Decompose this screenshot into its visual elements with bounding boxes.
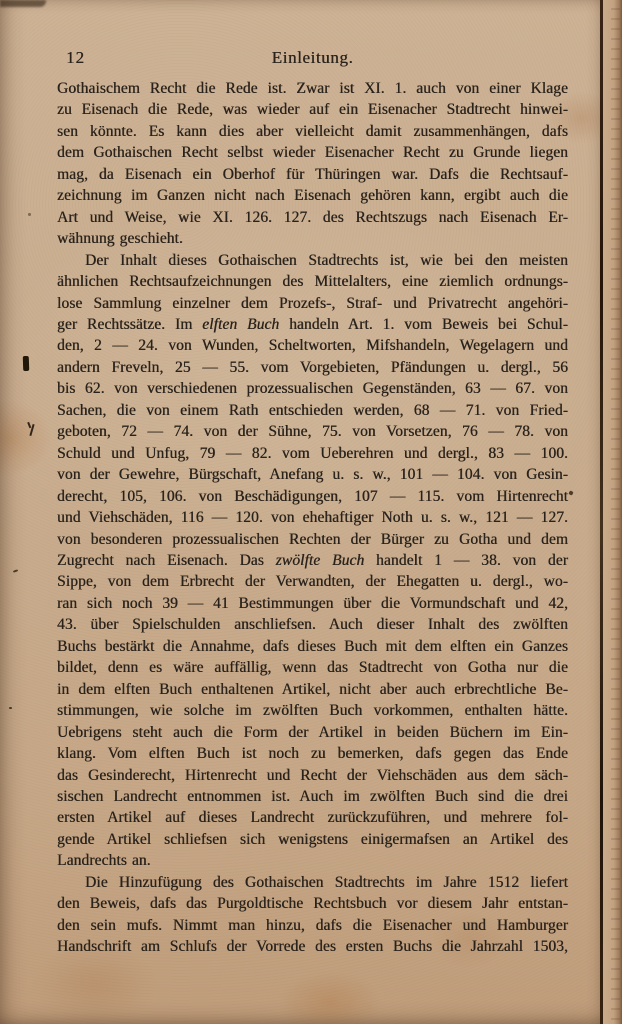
text-segment: Sachen, die von einem Rath entschieden w… [57,402,568,419]
page-header: 12 Einleitung. [57,47,568,71]
text-line: den sein mufs. Nimmt man hinzu, dafs die… [57,915,568,936]
text-line: bildet, denn es wäre auffällig, wenn das… [57,657,568,678]
text-line: zeichnung im Ganzen nicht nach Eisenach … [57,185,568,206]
text-line: lose Sammlung einzelner dem Prozefs-, St… [57,293,568,314]
text-segment: von der Gewehre, Bürgschaft, Anefang u. … [57,466,568,483]
text-segment: Art und Weise, wie XI. 126. 127. des Rec… [57,209,568,226]
text-line: 43. über Spielschulden anschliefsen. Auc… [57,614,568,635]
text-segment: derecht, 105, 106. von Beschädigungen, 1… [57,488,568,505]
text-segment: bis 62. von verschiedenen prozessualisch… [57,380,568,397]
text-segment: zeichnung im Ganzen nicht nach Eisenach … [57,187,568,204]
text-line: Schuld und Unfug, 79 — 82. vom Ueberehre… [57,443,568,464]
text-line: den, 2 — 24. von Wunden, Scheltworten, M… [57,335,568,356]
text-segment: sen könnte. Es kann dies aber vielleicht… [57,123,568,140]
book-edge-strip [603,0,622,1024]
paragraph: Die Hinzufügung des Gothaischen Stadtrec… [57,872,568,958]
text-segment: Zugrecht nach Eisenach. Das [57,552,276,569]
text-segment: in dem elften Buch enthaltenen Artikel, … [57,681,568,698]
running-title: Einleitung. [57,47,568,69]
text-segment: Gothaischem Recht die Rede ist. Zwar ist… [57,80,568,97]
text-line: in dem elften Buch enthaltenen Artikel, … [57,679,568,700]
text-segment: den Beweis, dafs das Purgoldtische Recht… [57,895,568,912]
text-segment: ersten Artikel auf dieses Landrecht zurü… [57,809,568,826]
text-segment: den sein mufs. Nimmt man hinzu, dafs die… [57,917,568,934]
text-segment: lose Sammlung einzelner dem Prozefs-, St… [57,295,568,312]
text-segment: andern Freveln, 25 — 55. vom Vorgebieten… [57,359,568,376]
paper-sheet: 12 Einleitung. Gothaischem Recht die Red… [0,0,604,1024]
text-line: ersten Artikel auf dieses Landrecht zurü… [57,807,568,828]
text-line: stimmungen, wie solche im zwölften Buch … [57,700,568,721]
text-line: andern Freveln, 25 — 55. vom Vorgebieten… [57,357,568,378]
ink-mark [23,356,30,371]
text-segment: bildet, denn es wäre auffällig, wenn das… [57,659,568,676]
text-segment: stimmungen, wie solche im zwölften Buch … [57,702,568,719]
text-line: von der Gewehre, Bürgschaft, Anefang u. … [57,464,568,485]
text-line: Uebrigens steht auch die Form der Artike… [57,722,568,743]
ink-speck [9,707,12,709]
text-line: sen könnte. Es kann dies aber vielleicht… [57,121,568,142]
italic-text: zwölfte Buch [276,552,365,569]
text-line: Die Hinzufügung des Gothaischen Stadtrec… [57,872,568,893]
text-line: derecht, 105, 106. von Beschädigungen, 1… [57,486,568,507]
text-line: und Viehschäden, 116 — 120. von ehehafti… [57,507,568,528]
text-segment: dem Gothaischen Recht selbst wieder Eise… [57,144,568,161]
text-line: dem Gothaischen Recht selbst wieder Eise… [57,142,568,163]
text-line: Sippe, von dem Erbrecht der Verwandten, … [57,571,568,592]
paragraph: Der Inhalt dieses Gothaischen Stadtrecht… [57,250,568,872]
text-line: Gothaischem Recht die Rede ist. Zwar ist… [57,78,568,99]
text-segment: von besonderen prozessualischen Rechten … [57,531,568,548]
ink-speck [28,213,31,216]
ink-mark [29,424,34,436]
text-line: geboten, 72 — 74. von der Sühne, 75. von… [57,421,568,442]
text-line: bis 62. von verschiedenen prozessualisch… [57,378,568,399]
text-segment: gende Artikel schliefsen sich wenigstens… [57,831,568,848]
text-line: gende Artikel schliefsen sich wenigstens… [57,829,568,850]
text-line: den Beweis, dafs das Purgoldtische Recht… [57,893,568,914]
text-line: wähnung geschieht. [57,228,568,249]
text-line: sischen Landrecht entnommen ist. Auch im… [57,786,568,807]
text-segment: zu Eisenach die Rede, was wieder auf ein… [57,101,568,118]
text-line: mag, da Eisenach ein Oberhof für Thüring… [57,164,568,185]
text-line: ger Rechtssätze. Im elften Buch handeln … [57,314,568,335]
text-segment: ran sich noch 39 — 41 Bestimmungen über … [57,595,568,612]
text-line: ran sich noch 39 — 41 Bestimmungen über … [57,593,568,614]
text-segment: Der Inhalt dieses Gothaischen Stadtrecht… [85,252,568,269]
text-segment: klang. Vom elften Buch ist noch zu bemer… [57,745,568,762]
text-segment: Buchs bestärkt die Annahme, dafs dieses … [57,638,568,655]
text-segment: mag, da Eisenach ein Oberhof für Thüring… [57,166,568,183]
text-segment: den, 2 — 24. von Wunden, Scheltworten, M… [57,337,568,354]
text-segment: handeln Art. 1. vom Beweis bei Schul- [279,316,568,333]
ink-speck [568,490,573,495]
text-segment: ger Rechtssätze. Im [57,316,202,333]
text-line: Sachen, die von einem Rath entschieden w… [57,400,568,421]
text-line: Art und Weise, wie XI. 126. 127. des Rec… [57,207,568,228]
text-segment: geboten, 72 — 74. von der Sühne, 75. von… [57,423,568,440]
text-line: Handschrift am Schlufs der Vorrede des e… [57,936,568,957]
text-line: von besonderen prozessualischen Rechten … [57,529,568,550]
text-line: zu Eisenach die Rede, was wieder auf ein… [57,99,568,120]
text-line: Der Inhalt dieses Gothaischen Stadtrecht… [57,250,568,271]
text-line: das Gesinderecht, Hirtenrecht und Recht … [57,765,568,786]
text-line: ähnlichen Rechtsaufzeichnungen des Mitte… [57,271,568,292]
text-segment: Uebrigens steht auch die Form der Artike… [57,724,568,741]
text-segment: Handschrift am Schlufs der Vorrede des e… [57,938,568,955]
text-segment: sischen Landrecht entnommen ist. Auch im… [57,788,568,805]
text-segment: Die Hinzufügung des Gothaischen Stadtrec… [85,874,568,891]
text-segment: und Viehschäden, 116 — 120. von ehehafti… [57,509,568,526]
text-line: Buchs bestärkt die Annahme, dafs dieses … [57,636,568,657]
text-segment: 43. über Spielschulden anschliefsen. Auc… [57,616,568,633]
text-segment: handelt 1 — 38. von der [364,552,568,569]
italic-text: elften Buch [202,316,279,333]
text-segment: Schuld und Unfug, 79 — 82. vom Ueberehre… [57,445,568,462]
ink-speck [13,569,18,573]
scanned-book-page: 12 Einleitung. Gothaischem Recht die Red… [0,0,622,1024]
text-line: Zugrecht nach Eisenach. Das zwölfte Buch… [57,550,568,571]
text-segment: Sippe, von dem Erbrecht der Verwandten, … [57,573,568,590]
page-body: Gothaischem Recht die Rede ist. Zwar ist… [57,78,568,958]
text-line: Landrechts an. [57,850,568,871]
text-segment: ähnlichen Rechtsaufzeichnungen des Mitte… [57,273,568,290]
text-segment: das Gesinderecht, Hirtenrecht und Recht … [57,767,568,784]
text-segment: wähnung geschieht. [57,230,183,247]
paragraph: Gothaischem Recht die Rede ist. Zwar ist… [57,78,568,250]
text-segment: Landrechts an. [57,852,151,869]
ink-smudge [0,0,46,7]
text-line: klang. Vom elften Buch ist noch zu bemer… [57,743,568,764]
